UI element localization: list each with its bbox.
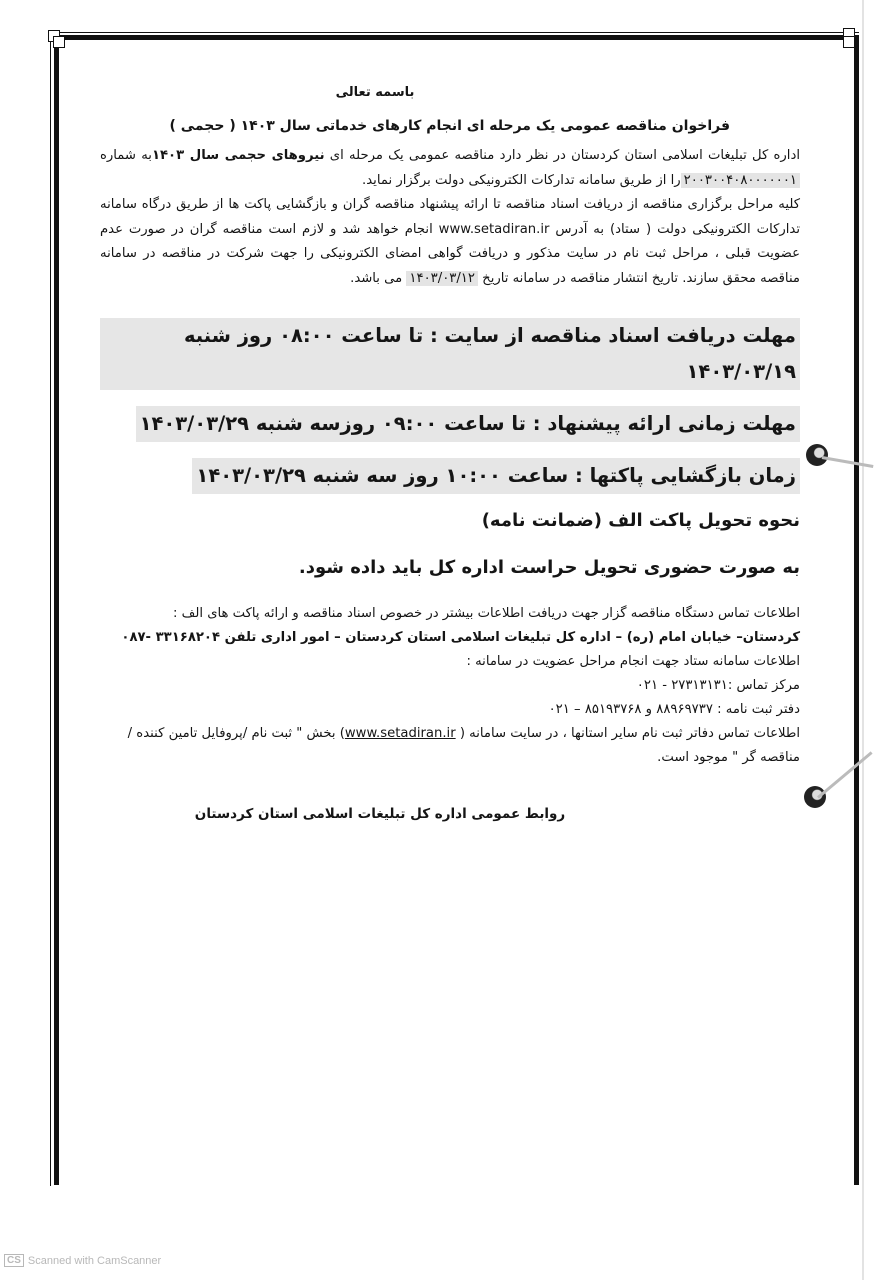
- camscanner-logo-icon: CS: [4, 1254, 24, 1267]
- call-center: مرکز تماس :۲۷۳۱۳۱۳۱ - ۰۲۱: [100, 674, 820, 698]
- deadline-documents: مهلت دریافت اسناد مناقصه از سایت : تا سا…: [100, 318, 820, 390]
- setad-url[interactable]: www.setadiran.ir: [439, 222, 550, 237]
- delivery-heading: نحوه تحویل پاکت الف (ضمانت نامه): [100, 510, 820, 531]
- intro-text: اداره کل تبلیغات اسلامی استان کردستان در…: [325, 148, 800, 163]
- process-paragraph: کلیه مراحل برگزاری مناقصه از دریافت اسنا…: [100, 193, 820, 291]
- intro-paragraph: اداره کل تبلیغات اسلامی استان کردستان در…: [100, 144, 820, 193]
- setad-intro: اطلاعات سامانه ستاد جهت انجام مراحل عضوی…: [100, 650, 820, 674]
- deadline-opening: زمان بازگشایی پاکتها : ساعت ۱۰:۰۰ روز سه…: [100, 458, 820, 494]
- basmala-heading: باسمه تعالی: [100, 85, 820, 100]
- contact-intro: اطلاعات تماس دستگاه مناقصه گزار جهت دریا…: [100, 602, 820, 626]
- registry-office: دفتر ثبت نامه : ۸۸۹۶۹۷۳۷ و ۸۵۱۹۳۷۶۸ – ۰۲…: [100, 698, 820, 722]
- other-provinces-info: اطلاعات تماس دفاتر ثبت نام سایر استانها …: [100, 722, 820, 770]
- signature: روابط عمومی اداره کل تبلیغات اسلامی استا…: [100, 806, 820, 822]
- tender-number: ۲۰۰۳۰۰۴۰۸۰۰۰۰۰۰۱: [681, 173, 800, 188]
- delivery-text: به صورت حضوری تحویل حراست اداره کل باید …: [100, 557, 820, 578]
- intro-bold-text: نیروهای حجمی سال ۱۴۰۳: [152, 148, 325, 163]
- intro-text: به شماره: [100, 148, 152, 163]
- deadline-text: مهلت زمانی ارائه پیشنهاد : تا ساعت ۰۹:۰۰…: [136, 406, 800, 442]
- border-corner-ornament: [843, 36, 855, 48]
- border-corner-ornament: [53, 36, 65, 48]
- camscanner-text: Scanned with CamScanner: [28, 1255, 161, 1267]
- document-body: باسمه تعالی فراخوان مناقصه عمومی یک مرحل…: [100, 85, 820, 835]
- intro-text: را از طریق سامانه تدارکات الکترونیکی دول…: [362, 173, 681, 188]
- tender-headline: فراخوان مناقصه عمومی یک مرحله ای انجام ک…: [100, 118, 820, 134]
- process-text: می باشد.: [350, 271, 406, 286]
- contact-address: کردستان– خیابان امام (ره) – اداره کل تبل…: [100, 626, 820, 650]
- deadline-text: زمان بازگشایی پاکتها : ساعت ۱۰:۰۰ روز سه…: [192, 458, 800, 494]
- deadline-text: مهلت دریافت اسناد مناقصه از سایت : تا سا…: [100, 318, 800, 390]
- camscanner-watermark: CS Scanned with CamScanner: [4, 1254, 161, 1267]
- publish-date: ۱۴۰۳/۰۳/۱۲: [406, 271, 478, 286]
- setad-url-link[interactable]: www.setadiran.ir: [345, 726, 456, 741]
- page-edge-shadow: [862, 0, 864, 1280]
- deadline-proposal: مهلت زمانی ارائه پیشنهاد : تا ساعت ۰۹:۰۰…: [100, 406, 820, 442]
- contact-text: اطلاعات تماس دفاتر ثبت نام سایر استانها …: [456, 726, 800, 741]
